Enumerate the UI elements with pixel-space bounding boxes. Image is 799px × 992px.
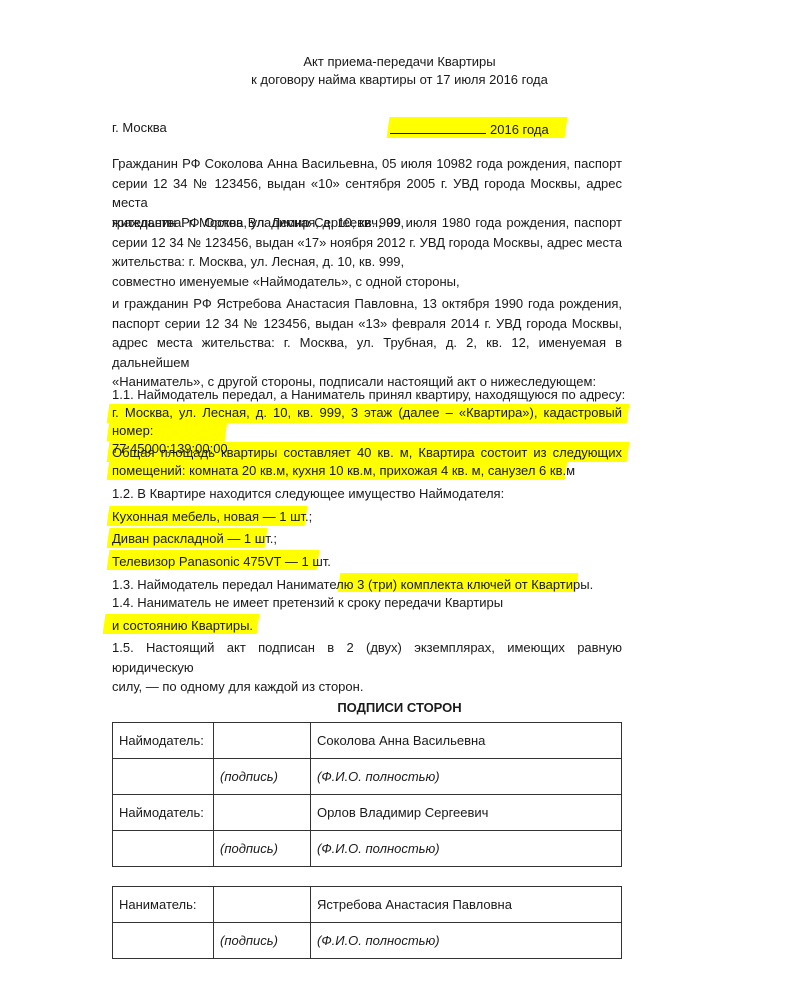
tenant-signature-table: Наниматель: Ястребова Анастасия Павловна…: [112, 886, 622, 959]
text-line: адрес места жительства: г. Москва, ул. Т…: [112, 333, 622, 372]
area-line: помещений: комната 20 кв.м, кухня 10 кв.…: [112, 462, 622, 480]
text-line: силу, — по одному для каждой из сторон.: [112, 677, 622, 697]
name-cell: Орлов Владимир Сергеевич: [311, 795, 622, 831]
table-row: Наймодатель: Орлов Владимир Сергеевич: [113, 795, 622, 831]
text-line: 1.4. Наниматель не имеет претензий к сро…: [112, 593, 622, 613]
document-subtitle: к договору найма квартиры от 17 июля 201…: [0, 70, 799, 90]
empty-cell: [113, 759, 214, 795]
clause-1-5: 1.5. Настоящий акт подписан в 2 (двух) э…: [112, 638, 622, 697]
document-page: Акт приема-передачи Квартиры к договору …: [0, 0, 799, 992]
clause-1-4-cont: и состоянию Квартиры.: [112, 616, 622, 636]
date-field: 2016 года: [390, 120, 549, 137]
city: г. Москва: [112, 120, 167, 135]
clause-1-1-area: Общая площадь квартиры составляет 40 кв.…: [112, 444, 622, 480]
text-line: жительства: г. Москва, ул. Лесная, д. 10…: [112, 252, 622, 272]
name-cell: Соколова Анна Васильевна: [311, 723, 622, 759]
text-line: серии 12 34 № 123456, выдан «17» ноября …: [112, 233, 622, 253]
text-line: 1.5. Настоящий акт подписан в 2 (двух) э…: [112, 638, 622, 677]
landlord-signature-table: Наймодатель: Соколова Анна Васильевна (п…: [112, 722, 622, 867]
sign-label: (подпись): [214, 923, 311, 959]
clause-1-1-intro: 1.1. Наймодатель передал, а Наниматель п…: [112, 386, 622, 404]
text-line: серии 12 34 № 123456, выдан «10» сентябр…: [112, 174, 622, 213]
property-item: Диван раскладной — 1 шт.;: [112, 529, 622, 549]
text-line: Телевизор Panasonic 475VT — 1 шт.: [112, 552, 622, 572]
text-line: 1.2. В Квартире находится следующее имущ…: [112, 484, 622, 504]
text-line: Кухонная мебель, новая — 1 шт.;: [112, 507, 622, 527]
clause-1-4: 1.4. Наниматель не имеет претензий к сро…: [112, 593, 622, 613]
empty-cell: [113, 923, 214, 959]
signatures-heading: ПОДПИСИ СТОРОН: [0, 700, 799, 715]
clause-1-2-intro: 1.2. В Квартире находится следующее имущ…: [112, 484, 622, 504]
name-cell: Ястребова Анастасия Павловна: [311, 887, 622, 923]
table-row: (подпись) (Ф.И.О. полностью): [113, 759, 622, 795]
text-line: и состоянию Квартиры.: [112, 616, 622, 636]
signature-cell[interactable]: [214, 723, 311, 759]
address-line: г. Москва, ул. Лесная, д. 10, кв. 999, 3…: [112, 404, 622, 440]
keys-count: 3 (три) комплекта ключей от Квартиры.: [357, 577, 593, 592]
role-cell: Наймодатель:: [113, 723, 214, 759]
fio-label: (Ф.И.О. полностью): [311, 759, 622, 795]
jointly-named-text: совместно именуемые «Наймодатель», с одн…: [112, 272, 622, 292]
text-line: паспорт серии 12 34 № 123456, выдан «13»…: [112, 314, 622, 334]
table-row: Наймодатель: Соколова Анна Васильевна: [113, 723, 622, 759]
area-line: Общая площадь квартиры составляет 40 кв.…: [112, 444, 622, 462]
clause-1-3: 1.3. Наймодатель передал Нанимателю 3 (т…: [112, 575, 622, 595]
fio-label: (Ф.И.О. полностью): [311, 831, 622, 867]
text-line: 1.3. Наймодатель передал Нанимателю 3 (т…: [112, 575, 622, 595]
text-line: Диван раскладной — 1 шт.;: [112, 529, 622, 549]
document-title: Акт приема-передачи Квартиры: [0, 52, 799, 72]
table-row: Наниматель: Ястребова Анастасия Павловна: [113, 887, 622, 923]
signature-cell[interactable]: [214, 795, 311, 831]
date-suffix: 2016 года: [490, 122, 549, 137]
role-cell: Наниматель:: [113, 887, 214, 923]
role-cell: Наймодатель:: [113, 795, 214, 831]
text-line: Гражданин РФ Соколова Анна Васильевна, 0…: [112, 154, 622, 174]
sign-label: (подпись): [214, 831, 311, 867]
signature-cell[interactable]: [214, 887, 311, 923]
sign-label: (подпись): [214, 759, 311, 795]
empty-cell: [113, 831, 214, 867]
fio-label: (Ф.И.О. полностью): [311, 923, 622, 959]
clause-1-3-prefix: 1.3. Наймодатель передал Нанимателю: [112, 577, 357, 592]
property-item: Кухонная мебель, новая — 1 шт.;: [112, 507, 622, 527]
text-line: совместно именуемые «Наймодатель», с одн…: [112, 272, 622, 292]
table-row: (подпись) (Ф.И.О. полностью): [113, 923, 622, 959]
table-row: (подпись) (Ф.И.О. полностью): [113, 831, 622, 867]
property-item: Телевизор Panasonic 475VT — 1 шт.: [112, 552, 622, 572]
landlord-2-paragraph: гражданин РФ Орлов Владимир Сергеевич, 0…: [112, 213, 622, 272]
text-line: и гражданин РФ Ястребова Анастасия Павло…: [112, 294, 622, 314]
tenant-paragraph: и гражданин РФ Ястребова Анастасия Павло…: [112, 294, 622, 392]
text-line: гражданин РФ Орлов Владимир Сергеевич, 0…: [112, 213, 622, 233]
date-blank-line: [390, 120, 486, 134]
